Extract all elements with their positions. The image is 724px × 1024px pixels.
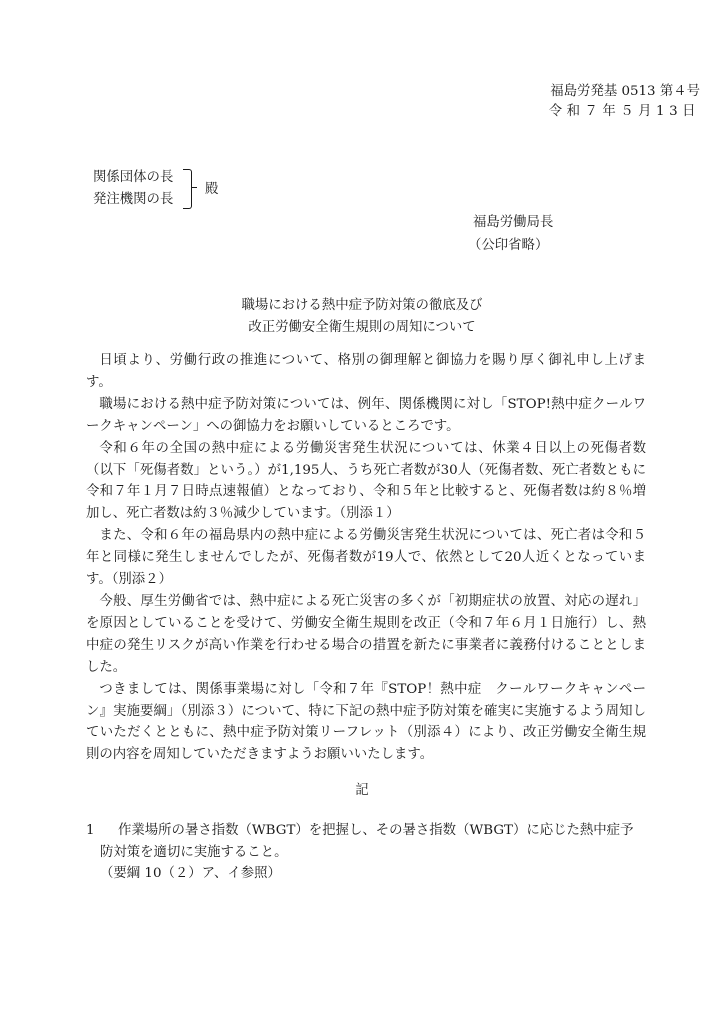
recipient-line: 発注機関の長 — [93, 189, 173, 211]
sender-name: 福島労働局長 — [473, 211, 553, 230]
document-title-line1: 職場における熱中症予防対策の徹底及び — [0, 294, 724, 313]
recipients-block: 関係団体の長 発注機関の長 — [93, 167, 173, 211]
document-number: 福島労発基 0513 第４号 — [460, 80, 700, 99]
note-item-text: 作業場所の暑さ指数（WBGT）を把握し、その暑さ指数（WBGT）に応じた熱中症予… — [100, 820, 646, 863]
body-paragraph: つきましては、関係事業場に対し「令和７年『STOP！熱中症 クールワークキャンペ… — [86, 679, 646, 767]
document-date: 令和７年５月13日 — [460, 100, 700, 119]
right-brace-icon — [183, 169, 192, 209]
document-body: 日頃より、労働行政の推進について、格別の御理解と御協力を賜り厚く御礼申し上げます… — [86, 350, 646, 766]
notes-heading: 記 — [0, 779, 724, 798]
honorific: 殿 — [205, 178, 218, 197]
body-paragraph: 今般、厚生労働省では、熱中症による死亡災害の多くが「初期症状の放置、対応の遅れ」… — [86, 591, 646, 679]
body-paragraph: また、令和６年の福島県内の熱中症による労働災害発生状況については、死亡者は令和５… — [86, 525, 646, 591]
brace-tip-decoration — [191, 187, 197, 188]
recipient-line: 関係団体の長 — [93, 167, 173, 189]
document-title-line2: 改正労働安全衛生規則の周知について — [0, 316, 724, 335]
body-paragraph: 令和６年の全国の熱中症による労働災害発生状況については、休業４日以上の死傷者数（… — [86, 438, 646, 526]
body-paragraph: 日頃より、労働行政の推進について、格別の御理解と御協力を賜り厚く御礼申し上げます… — [86, 350, 646, 394]
seal-note: （公印省略） — [468, 234, 548, 253]
note-item: 1 作業場所の暑さ指数（WBGT）を把握し、その暑さ指数（WBGT）に応じた熱中… — [86, 820, 646, 885]
note-item-reference: （要綱 10（２）ア、イ参照） — [100, 863, 646, 885]
note-item-number: 1 — [86, 820, 95, 842]
body-paragraph: 職場における熱中症予防対策については、例年、関係機関に対し「STOP!熱中症クー… — [86, 394, 646, 438]
